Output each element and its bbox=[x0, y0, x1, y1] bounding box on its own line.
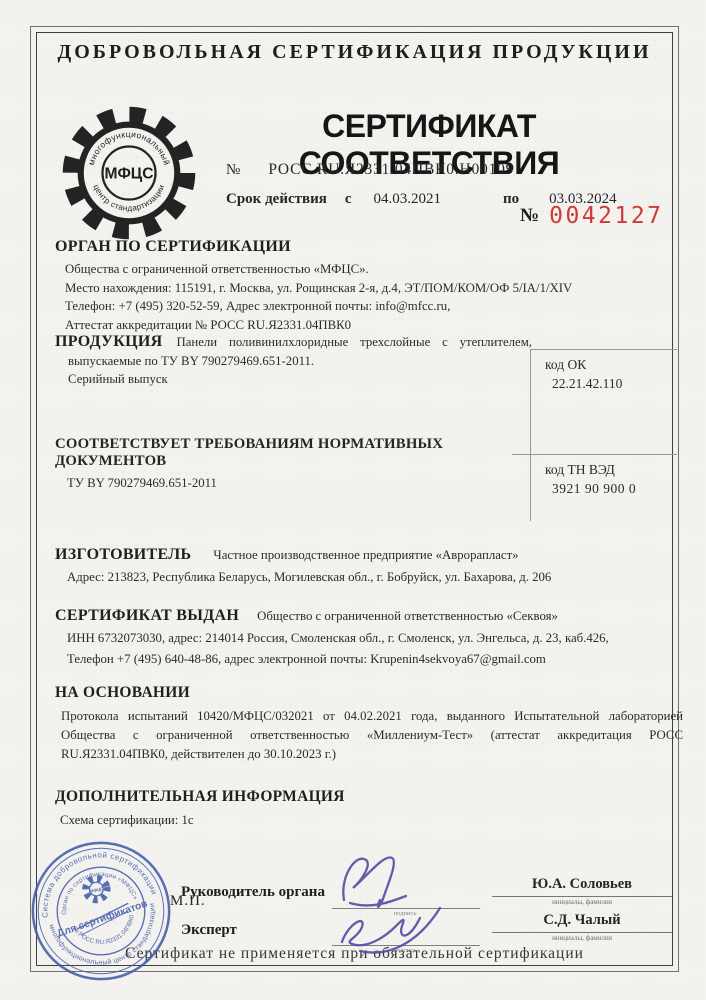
section-conformity: СООТВЕТСТВУЕТ ТРЕБОВАНИЯМ НОРМАТИВНЫХ ДО… bbox=[55, 436, 510, 491]
blank-number-value: 0042127 bbox=[549, 203, 663, 229]
ok-code-value: 22.21.42.110 bbox=[552, 376, 622, 392]
head-name-caption: инициалы, фамилия bbox=[492, 898, 672, 906]
logo-ring-bottom-text: центр стандартизации bbox=[92, 183, 167, 213]
section-manufacturer: ИЗГОТОВИТЕЛЬ Частное производственное пр… bbox=[55, 546, 665, 585]
ok-code-top-rule bbox=[530, 349, 677, 350]
round-stamp-icon: Система добровольной сертификации многоф… bbox=[14, 824, 187, 997]
blank-number-label: № bbox=[520, 205, 539, 227]
tnved-value: 3921 90 900 0 bbox=[552, 481, 636, 497]
section-additional-info: ДОПОЛНИТЕЛЬНАЯ ИНФОРМАЦИЯ Схема сертифик… bbox=[55, 788, 345, 828]
logo-abbr: МФЦС bbox=[104, 166, 153, 183]
validity-from-label: с bbox=[345, 191, 352, 208]
manufacturer-heading: ИЗГОТОВИТЕЛЬ bbox=[55, 546, 191, 564]
manufacturer-name: Частное производственное предприятие «Ав… bbox=[213, 548, 518, 563]
blank-number-row: № 0042127 bbox=[520, 203, 664, 229]
validity-label: Срок действия bbox=[226, 191, 327, 208]
code-box-vertical-rule bbox=[530, 349, 531, 521]
product-tu-line: выпускаемые по ТУ BY 790279469.651-2011. bbox=[55, 354, 532, 369]
additional-info-heading: ДОПОЛНИТЕЛЬНАЯ ИНФОРМАЦИЯ bbox=[55, 788, 345, 806]
registration-number-row: № РОСС RU.Я2331.04ПВК0.Н00109 bbox=[226, 161, 514, 179]
head-name: Ю.А. Соловьев bbox=[492, 876, 672, 897]
certificate-page: ДОБРОВОЛЬНАЯ СЕРТИФИКАЦИЯ ПРОДУКЦИИ мног… bbox=[0, 0, 706, 1000]
expert-label: Эксперт bbox=[181, 922, 237, 939]
certification-body-line: Место нахождения: 115191, г. Москва, ул.… bbox=[65, 279, 655, 298]
tnved-top-rule bbox=[512, 454, 677, 455]
certification-body-line: Аттестат аккредитации № РОСС RU.Я2331.04… bbox=[65, 316, 655, 335]
certification-body-line: Общества с ограниченной ответственностью… bbox=[65, 260, 655, 279]
conformity-document-line: ТУ BY 790279469.651-2011 bbox=[55, 476, 510, 491]
section-basis: НА ОСНОВАНИИ Протокола испытаний 10420/М… bbox=[55, 684, 683, 765]
conformity-heading: СООТВЕТСТВУЕТ ТРЕБОВАНИЯМ НОРМАТИВНЫХ ДО… bbox=[55, 436, 510, 470]
banner-title: ДОБРОВОЛЬНАЯ СЕРТИФИКАЦИЯ ПРОДУКЦИИ bbox=[36, 41, 673, 64]
holder-name: Общество с ограниченной ответственностью… bbox=[257, 609, 558, 624]
product-serial-line: Серийный выпуск bbox=[55, 372, 532, 387]
expert-name-caption: инициалы, фамилия bbox=[492, 934, 672, 942]
svg-text:центр стандартизации: центр стандартизации bbox=[92, 183, 167, 213]
section-holder: СЕРТИФИКАТ ВЫДАН Общество с ограниченной… bbox=[55, 607, 670, 667]
mfcs-gear-logo-icon: многофункциональный центр стандартизации… bbox=[58, 102, 200, 244]
reg-number-value: РОСС RU.Я2331.04ПВК0.Н00109 bbox=[268, 161, 514, 179]
holder-heading: СЕРТИФИКАТ ВЫДАН bbox=[55, 607, 239, 625]
reg-number-label: № bbox=[226, 162, 240, 179]
holder-contact-line: Телефон +7 (495) 640-48-86, адрес электр… bbox=[55, 652, 670, 667]
basis-text: Протокола испытаний 10420/МФЦС/032021 от… bbox=[61, 707, 683, 765]
validity-to-label: по bbox=[503, 191, 519, 208]
product-description-line: Панели поливинилхлоридные трехслойные с … bbox=[176, 335, 532, 350]
section-certification-body: ОРГАН ПО СЕРТИФИКАЦИИ Общества с огранич… bbox=[55, 238, 655, 334]
handwritten-signatures-icon bbox=[328, 850, 483, 962]
ok-code-label: код ОК bbox=[545, 357, 586, 373]
certification-scheme-line: Схема сертификации: 1с bbox=[55, 813, 345, 828]
validity-from-date: 04.03.2021 bbox=[374, 191, 442, 208]
head-name-block: Ю.А. Соловьев инициалы, фамилия bbox=[492, 876, 672, 906]
section-product: ПРОДУКЦИЯ Панели поливинилхлоридные трех… bbox=[55, 333, 532, 387]
holder-details-line: ИНН 6732073030, адрес: 214014 Россия, См… bbox=[55, 631, 670, 646]
certification-body-line: Телефон: +7 (495) 320-52-59, Адрес элект… bbox=[65, 297, 655, 316]
manufacturer-address: Адрес: 213823, Республика Беларусь, Моги… bbox=[55, 570, 665, 585]
stamp-place-mark: М.П. bbox=[170, 893, 206, 910]
certification-body-heading: ОРГАН ПО СЕРТИФИКАЦИИ bbox=[55, 238, 655, 256]
expert-name-block: С.Д. Чалый инициалы, фамилия bbox=[492, 912, 672, 942]
expert-name: С.Д. Чалый bbox=[492, 912, 672, 933]
tnved-label: код ТН ВЭД bbox=[545, 462, 615, 478]
product-heading: ПРОДУКЦИЯ bbox=[55, 333, 162, 351]
basis-heading: НА ОСНОВАНИИ bbox=[55, 684, 683, 702]
